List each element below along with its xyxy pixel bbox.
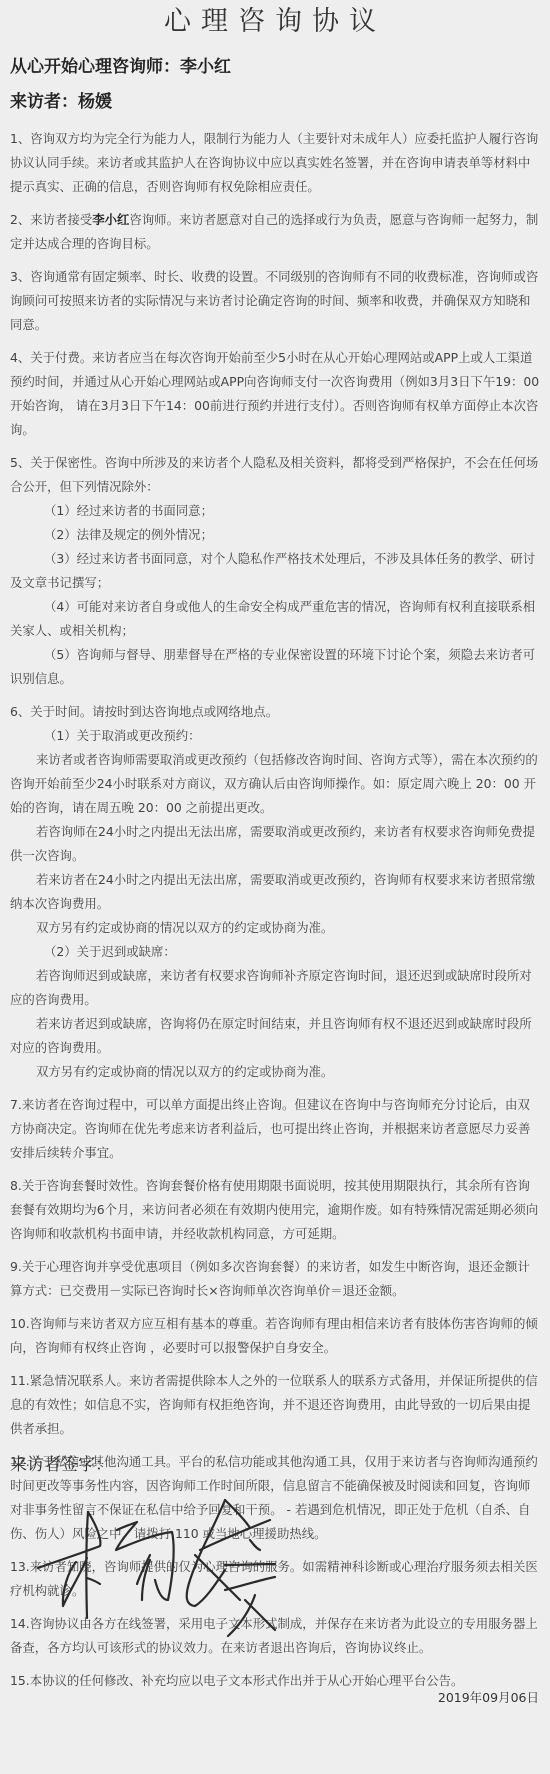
clause-7: 7.来访者在咨询过程中，可以单方面提出终止咨询。但建议在咨询中与咨询师充分讨论后… (10, 1093, 540, 1165)
clause-4: 4、关于付费。来访者应当在每次咨询开始前至少5小时在从心开始心理网站或APP上或… (10, 346, 540, 442)
clause-5: 5、关于保密性。咨询中所涉及的来访者个人隐私及相关资料，都将受到严格保护，不会在… (10, 451, 540, 691)
counselor-label: 从心开始心理咨询师： (10, 57, 180, 77)
clause-5-item: （3）经过来访者书面同意，对个人隐私作严格技术处理后，不涉及具体任务的教学、研讨… (10, 547, 540, 595)
signature-label: 来访者签字： (10, 1450, 112, 1475)
clause-6-sub2-title: （2）关于迟到或缺席： (10, 940, 540, 964)
clause-6-sub2-item: 若来访者迟到或缺席，咨询将仍在原定时间结束，并且咨询师有权不退还迟到或缺席时段所… (10, 1012, 540, 1060)
counselor-name: 李小红 (180, 57, 231, 77)
page-title: 心理咨询协议 (0, 0, 550, 44)
clause-6-sub1-item: 若咨询师在24小时之内提出无法出席，需要取消或更改预约，来访者有权要求咨询师免费… (10, 820, 540, 868)
signature-date: 2019年09月06日 (438, 1688, 539, 1706)
clause-3: 3、咨询通常有固定频率、时长、收费的设置。不同级别的咨询师有不同的收费标准，咨询… (10, 265, 540, 337)
handwritten-signature-icon (0, 1480, 300, 1660)
clause-2-counselor-name: 李小红 (92, 212, 129, 227)
clause-8: 8.关于咨询套餐时效性。咨询套餐价格有使用期限书面说明，按其使用期限执行，其余所… (10, 1174, 540, 1246)
clause-5-intro: 5、关于保密性。咨询中所涉及的来访者个人隐私及相关资料，都将受到严格保护，不会在… (10, 451, 540, 499)
clause-5-item: （4）可能对来访者自身或他人的生命安全构成严重危害的情况，咨询师有权利直接联系相… (10, 595, 540, 643)
clause-6-sub2-item: 双方另有约定或协商的情况以双方的约定或协商为准。 (10, 1060, 540, 1084)
clause-10: 10.咨询师与来访者双方应互相有基本的尊重。若咨询师有理由相信来访者有肢体伤害咨… (10, 1312, 540, 1360)
visitor-name: 杨媛 (78, 92, 112, 112)
clause-6-sub2-item: 若咨询师迟到或缺席，来访者有权要求咨询师补齐原定咨询时间，退还迟到或缺席时段所对… (10, 964, 540, 1012)
clause-11: 11.紧急情况联系人。来访者需提供除本人之外的一位联系人的联系方式备用，并保证所… (10, 1369, 540, 1441)
clause-5-item: （5）咨询师与督导、朋辈督导在严格的专业保密设置的环境下讨论个案，须隐去来访者可… (10, 643, 540, 691)
clause-6-sub1-title: （1）关于取消或更改预约： (10, 724, 540, 748)
clause-6-sub1-item: 来访者或者咨询师需要取消或更改预约（包括修改咨询时间、咨询方式等），需在本次预约… (10, 748, 540, 820)
visitor-label: 来访者： (10, 92, 78, 112)
clause-2-pre: 2、来访者接受 (10, 212, 92, 227)
clause-9: 9.关于心理咨询并享受优惠项目（例如多次咨询套餐）的来访者，如发生中断咨询，退还… (10, 1255, 540, 1303)
clause-5-item: （2）法律及规定的例外情况； (10, 523, 540, 547)
counselor-line: 从心开始心理咨询师：李小红 (10, 56, 540, 78)
clause-6: 6、关于时间。请按时到达咨询地点或网络地点。 （1）关于取消或更改预约： 来访者… (10, 700, 540, 1084)
visitor-line: 来访者：杨媛 (10, 91, 540, 113)
clause-6-sub1-item: 若来访者在24小时之内提出无法出席，需要取消或更改预约，咨询师有权要求来访者照常… (10, 868, 540, 916)
clause-5-item: （1）经过来访者的书面同意； (10, 499, 540, 523)
clause-1: 1、咨询双方均为完全行为能力人，限制行为能力人（主要针对未成年人）应委托监护人履… (10, 127, 540, 199)
clause-6-sub1-item: 双方另有约定或协商的情况以双方的约定或协商为准。 (10, 916, 540, 940)
clause-2: 2、来访者接受李小红咨询师。来访者愿意对自己的选择或行为负责，愿意与咨询师一起努… (10, 208, 540, 256)
clause-6-intro: 6、关于时间。请按时到达咨询地点或网络地点。 (10, 700, 540, 724)
